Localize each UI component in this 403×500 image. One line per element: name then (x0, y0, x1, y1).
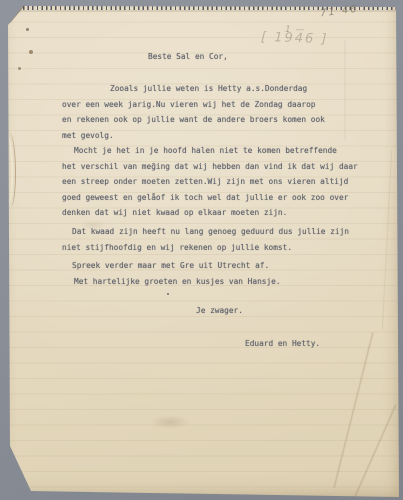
letter-line: met gevolg. (62, 131, 114, 140)
salutation: Beste Sal en Cor, (148, 52, 228, 61)
letter-line: over een week jarig.Nu vieren wij het de… (62, 100, 315, 109)
paper-crease (344, 40, 346, 140)
letter-line: goed geweest en gelåof ik toch wel dat j… (62, 193, 348, 202)
paper-smudge (150, 415, 190, 429)
letter-line: Met hartelijke groeten en kusjes van Han… (74, 277, 281, 286)
letter-line: Spreek verder maar met Gre uit Utrecht a… (72, 261, 269, 270)
ink-speck (29, 50, 33, 54)
signature: Eduard en Hetty. (245, 339, 320, 348)
ink-speck (26, 28, 29, 31)
closing: Je zwager. (196, 306, 243, 315)
ink-speck (18, 67, 21, 70)
stray-dot (167, 293, 169, 295)
letter-line: Dat kwaad zijn heeft nu lang genoeg gedu… (72, 227, 349, 236)
letter-line: Mocht je het in je hoofd halen niet te k… (74, 146, 337, 155)
letter-line: en rekenen ook op jullie want de andere … (62, 115, 325, 124)
scanned-letter: 71 46 1 — [ 1946 ] Beste Sal en Cor, Zoo… (0, 0, 403, 500)
year-annotation-pencil: [ 1946 ] (261, 30, 329, 47)
letter-line: een streep onder moeten zetten.Wij zijn … (62, 177, 348, 186)
letter-line: het verschil van meḡing dat wij hebben d… (62, 162, 358, 171)
letter-line: niet stijfhoofdig en wij rekenen op jull… (62, 243, 292, 252)
letter-line: denken dat wij niet kwaad op elkaar moet… (62, 208, 287, 217)
letter-line: Zooals jullie weten is Hetty a.s.Donderd… (110, 84, 307, 93)
